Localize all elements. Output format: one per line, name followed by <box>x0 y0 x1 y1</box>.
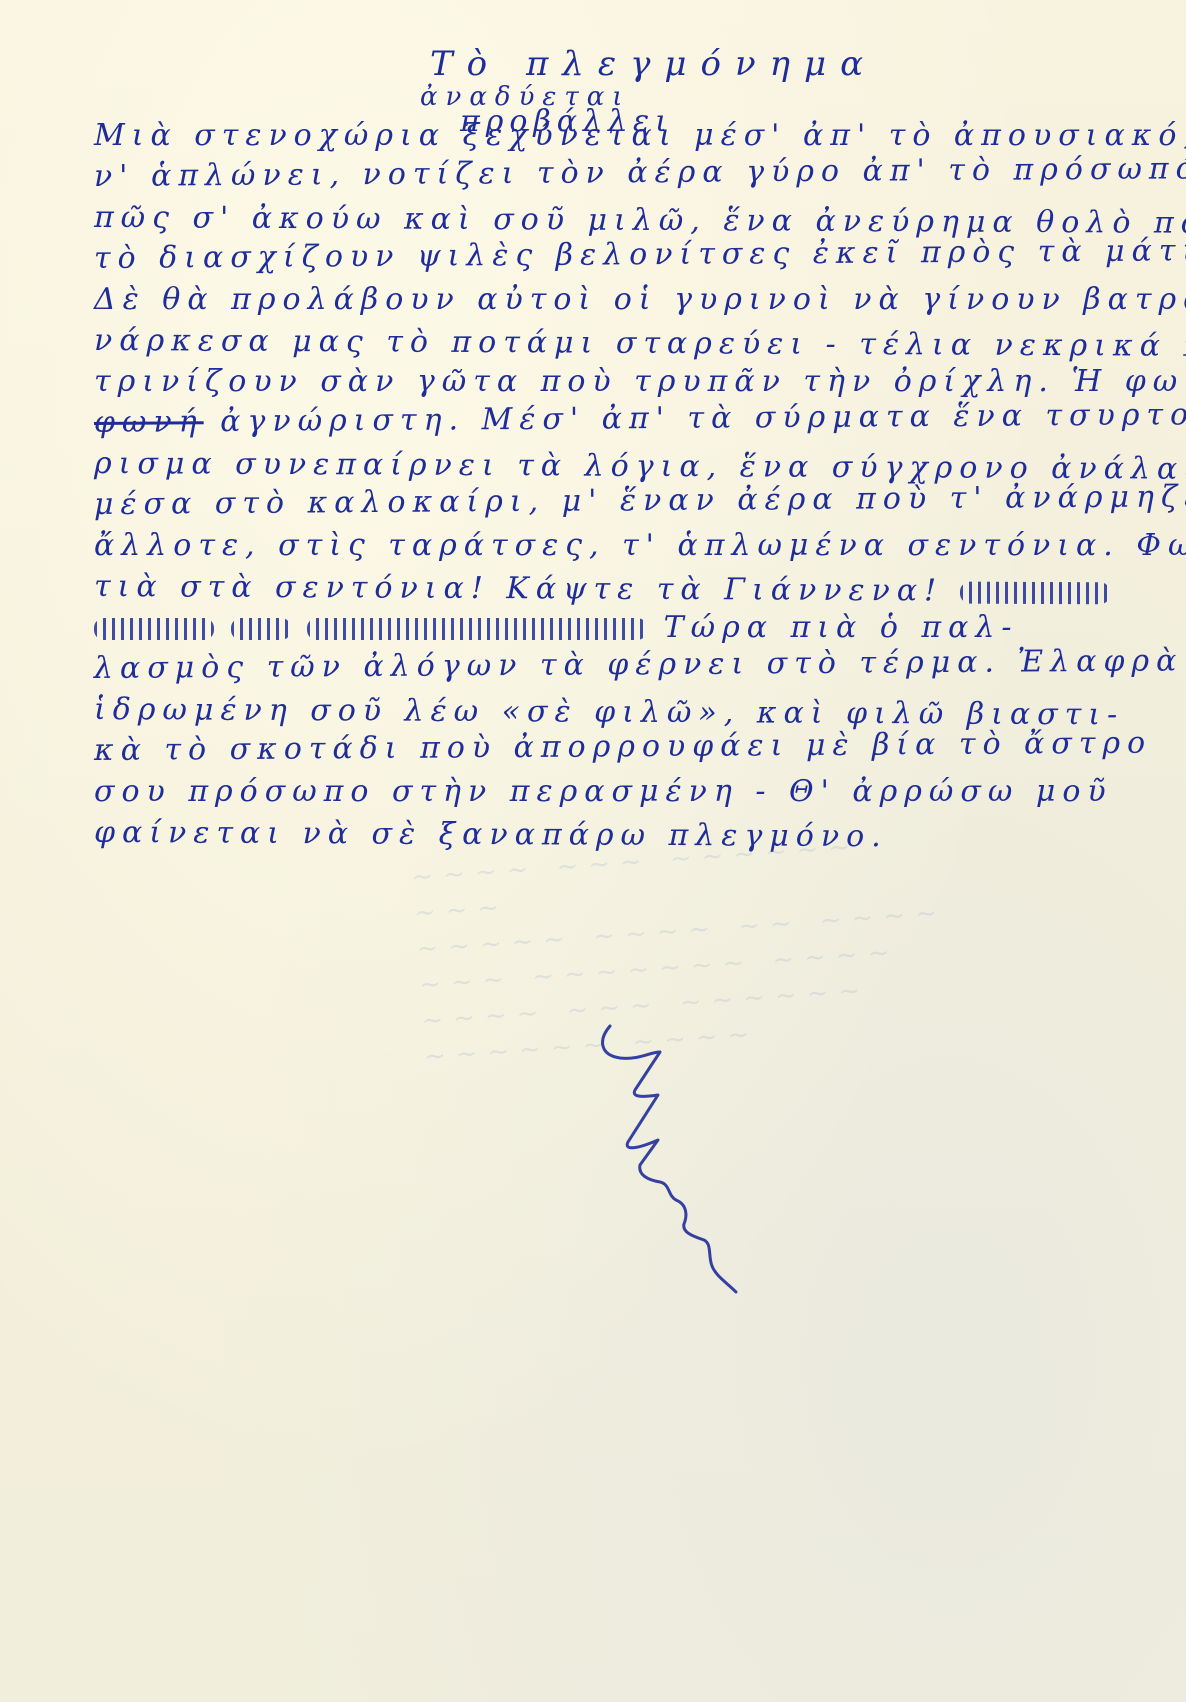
crossed-out-scribble <box>231 618 291 640</box>
manuscript-line: λασμὸς τῶν ἀλόγων τὰ φέρνει στὸ τέρμα. Ἐ… <box>94 644 1114 692</box>
manuscript-line: Δὲ θὰ προλάβουν αὐτοὶ οἱ γυρινοὶ νὰ γίνο… <box>94 282 1114 323</box>
manuscript-line: ν' ἁπλώνει, νοτίζει τὸν ἀέρα γύρο ἀπ' τὸ… <box>94 152 1114 200</box>
manuscript-line: κὰ τὸ σκοτάδι ποὺ ἀπορρουφάει μὲ βία τὸ … <box>94 726 1114 774</box>
manuscript-line-text: ἀγνώριστη. Μέσ' ἀπ' τὰ σύρματα ἕνα τσυρτ… <box>220 397 1186 439</box>
manuscript-line: φαίνεται νὰ σὲ ξαναπάρω πλεγμόνο. <box>94 815 1114 861</box>
manuscript-line: νάρκεσα μας τὸ ποτάμι σταρεύει - τέλια ν… <box>94 323 1114 369</box>
manuscript-line: τὸ διασχίζουν ψιλὲς βελονίτσες ἐκεῖ πρὸς… <box>94 234 1114 282</box>
manuscript-line-text: τιὰ στὰ σεντόνια! Κάψτε τὰ Γιάννενα! <box>94 569 943 608</box>
manuscript-line: σου πρόσωπο στὴν περασμένη - Θ' ἀρρώσω μ… <box>94 774 1114 815</box>
manuscript-title: Τὸ πλεγμόνημα <box>430 44 877 84</box>
manuscript-line: μέσα στὸ καλοκαίρι, μ' ἕναν ἀέρα ποὺ τ' … <box>94 480 1114 528</box>
manuscript-line-text: Τώρα πιὰ ὁ παλ- <box>664 610 1019 645</box>
crossed-out-scribble <box>307 618 647 640</box>
manuscript-line: τιὰ στὰ σεντόνια! Κάψτε τὰ Γιάννενα! <box>94 569 1114 615</box>
manuscript-line: φωνή ἀγνώριστη. Μέσ' ἀπ' τὰ σύρματα ἕνα … <box>94 398 1114 446</box>
crossed-out-scribble <box>94 618 214 640</box>
signature-squiggle-icon <box>580 1000 740 1300</box>
manuscript-body: Μιὰ στενοχώρια ξεχύνεται μέσ' ἀπ' τὸ ἀπο… <box>94 118 1114 856</box>
manuscript-line: ἄλλοτε, στὶς ταράτσες, τ' ἁπλωμένα σεντό… <box>94 528 1114 569</box>
struck-word: φωνή <box>94 404 204 440</box>
crossed-out-scribble <box>960 582 1110 605</box>
